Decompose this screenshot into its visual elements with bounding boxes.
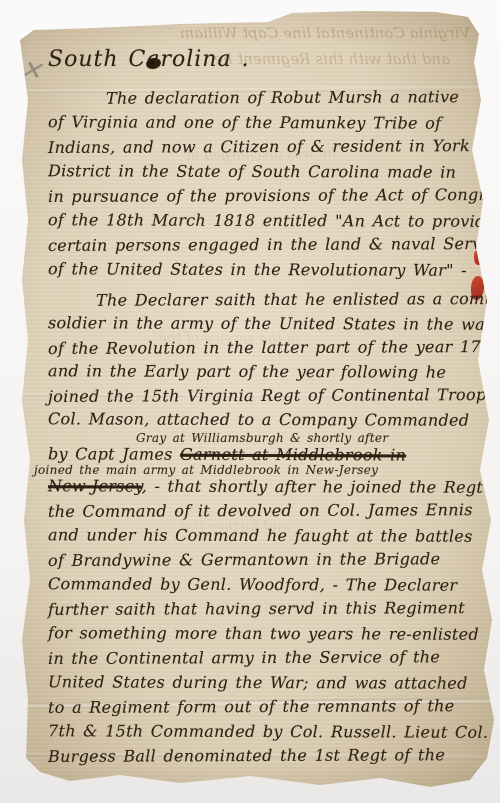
manuscript-paper: Virginia Continental line Capt William a…: [0, 0, 500, 803]
document-scan: Virginia Continental line Capt William a…: [0, 0, 500, 803]
paper-edge-shading: [0, 0, 500, 803]
